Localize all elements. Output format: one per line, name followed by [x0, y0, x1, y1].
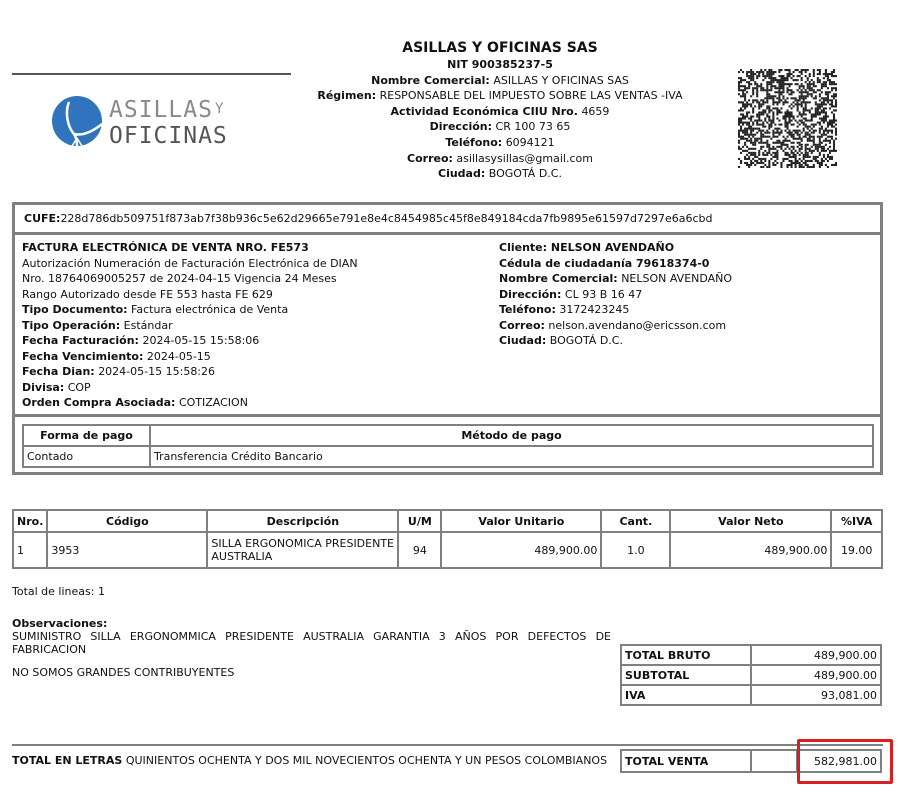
- item-iva: 19.00: [831, 532, 882, 568]
- payment-form-value: Contado: [23, 446, 150, 467]
- invoice-date: Fecha Facturación: 2024-05-15 15:58:06: [22, 333, 482, 349]
- header-divider: [12, 73, 291, 75]
- table-row: 1 3953 SILLA ERGONOMICA PRESIDENTE AUSTR…: [13, 532, 882, 568]
- logo-text-line2: OFICINAS: [109, 124, 228, 148]
- col-valor-unitario: Valor Unitario: [441, 510, 601, 532]
- col-descripcion: Descripción: [207, 510, 398, 532]
- items-table: Nro. Código Descripción U/M Valor Unitar…: [12, 509, 883, 569]
- footer-divider: [12, 744, 883, 746]
- col-um: U/M: [398, 510, 441, 532]
- company-activity: Actividad Económica CIIU Nro. 4659: [290, 104, 710, 120]
- company-city: Ciudad: BOGOTÁ D.C.: [290, 166, 710, 182]
- observations-title: Observaciones:: [12, 617, 611, 630]
- observations-note: NO SOMOS GRANDES CONTRIBUYENTES: [12, 666, 611, 679]
- item-net-value: 489,900.00: [670, 532, 831, 568]
- col-nro: Nro.: [13, 510, 47, 532]
- item-description: SILLA ERGONOMICA PRESIDENTE AUSTRALIA: [207, 532, 398, 568]
- client-name: Cliente: NELSON AVENDAÑO: [499, 240, 869, 256]
- currency: Divisa: COP: [22, 380, 482, 396]
- item-nro: 1: [13, 532, 47, 568]
- doc-type: Tipo Documento: Factura electrónica de V…: [22, 302, 482, 318]
- client-phone: Teléfono: 3172423245: [499, 302, 869, 318]
- due-date: Fecha Vencimiento: 2024-05-15: [22, 349, 482, 365]
- total-lines: Total de lineas: 1: [12, 585, 105, 598]
- client-trade-name: Nombre Comercial: NELSON AVENDAÑO: [499, 271, 869, 287]
- item-qty: 1.0: [601, 532, 670, 568]
- total-bruto-row: TOTAL BRUTO 489,900.00: [621, 645, 881, 665]
- payment-method-header: Método de pago: [150, 425, 873, 446]
- company-phone: Teléfono: 6094121: [290, 135, 710, 151]
- total-in-words-label: TOTAL EN LETRAS: [12, 754, 122, 767]
- cufe-value: 228d786db509751f873ab7f38b936c5e62d29665…: [60, 212, 712, 225]
- chair-logo-icon: [52, 96, 102, 146]
- client-email: Correo: nelson.avendano@ericsson.com: [499, 318, 869, 334]
- company-trade-name: Nombre Comercial: ASILLAS Y OFICINAS SAS: [290, 73, 710, 89]
- total-in-words: TOTAL EN LETRAS QUINIENTOS OCHENTA Y DOS…: [12, 754, 607, 767]
- purchase-order: Orden Compra Asociada: COTIZACION: [22, 395, 482, 411]
- invoice-title: FACTURA ELECTRÓNICA DE VENTA NRO. FE573: [22, 240, 482, 256]
- iva-row: IVA 93,081.00: [621, 685, 881, 705]
- company-info: ASILLAS Y OFICINAS SAS NIT 900385237-5 N…: [290, 39, 710, 182]
- auth-line-3: Rango Autorizado desde FE 553 hasta FE 6…: [22, 287, 482, 303]
- item-unit-value: 489,900.00: [441, 532, 601, 568]
- cufe-box: CUFE:228d786db509751f873ab7f38b936c5e62d…: [12, 202, 883, 235]
- client-details: Cliente: NELSON AVENDAÑO Cédula de ciuda…: [499, 240, 869, 349]
- col-valor-neto: Valor Neto: [670, 510, 831, 532]
- total-in-words-value: QUINIENTOS OCHENTA Y DOS MIL NOVECIENTOS…: [126, 754, 607, 767]
- item-um: 94: [398, 532, 441, 568]
- operation-type: Tipo Operación: Estándar: [22, 318, 482, 334]
- client-city: Ciudad: BOGOTÁ D.C.: [499, 333, 869, 349]
- observations-text: SUMINISTRO SILLA ERGONOMMICA PRESIDENTE …: [12, 630, 611, 656]
- payment-box: Forma de pago Método de pago Contado Tra…: [12, 414, 883, 475]
- payment-form-header: Forma de pago: [23, 425, 150, 446]
- auth-line-1: Autorización Numeración de Facturación E…: [22, 256, 482, 272]
- payment-table: Forma de pago Método de pago Contado Tra…: [22, 424, 874, 468]
- total-highlight-box: [797, 739, 893, 784]
- totals-table: TOTAL BRUTO 489,900.00 SUBTOTAL 489,900.…: [620, 644, 882, 706]
- dian-date: Fecha Dian: 2024-05-15 15:58:26: [22, 364, 482, 380]
- subtotal-row: SUBTOTAL 489,900.00: [621, 665, 881, 685]
- company-logo: ASILLASY OFICINAS: [52, 96, 252, 152]
- invoice-details: FACTURA ELECTRÓNICA DE VENTA NRO. FE573 …: [22, 240, 482, 411]
- logo-text-line1: ASILLASY: [109, 98, 224, 122]
- observations: Observaciones: SUMINISTRO SILLA ERGONOMM…: [12, 617, 611, 679]
- col-iva: %IVA: [831, 510, 882, 532]
- company-email: Correo: asillasysillas@gmail.com: [290, 151, 710, 167]
- col-cant: Cant.: [601, 510, 670, 532]
- item-code: 3953: [47, 532, 207, 568]
- auth-line-2: Nro. 18764069005257 de 2024-04-15 Vigenc…: [22, 271, 482, 287]
- items-header-row: Nro. Código Descripción U/M Valor Unitar…: [13, 510, 882, 532]
- company-address: Dirección: CR 100 73 65: [290, 119, 710, 135]
- company-regime: Régimen: RESPONSABLE DEL IMPUESTO SOBRE …: [290, 88, 710, 104]
- payment-method-value: Transferencia Crédito Bancario: [150, 446, 873, 467]
- company-nit: NIT 900385237-5: [290, 57, 710, 73]
- invoice-info-box: FACTURA ELECTRÓNICA DE VENTA NRO. FE573 …: [12, 232, 883, 417]
- cufe-label: CUFE:: [24, 212, 60, 225]
- company-name: ASILLAS Y OFICINAS SAS: [290, 39, 710, 57]
- col-codigo: Código: [47, 510, 207, 532]
- client-address: Dirección: CL 93 B 16 47: [499, 287, 869, 303]
- total-venta-label: TOTAL VENTA: [621, 750, 751, 772]
- qr-code-icon: [738, 69, 837, 168]
- client-id: Cédula de ciudadanía 79618374-0: [499, 256, 869, 272]
